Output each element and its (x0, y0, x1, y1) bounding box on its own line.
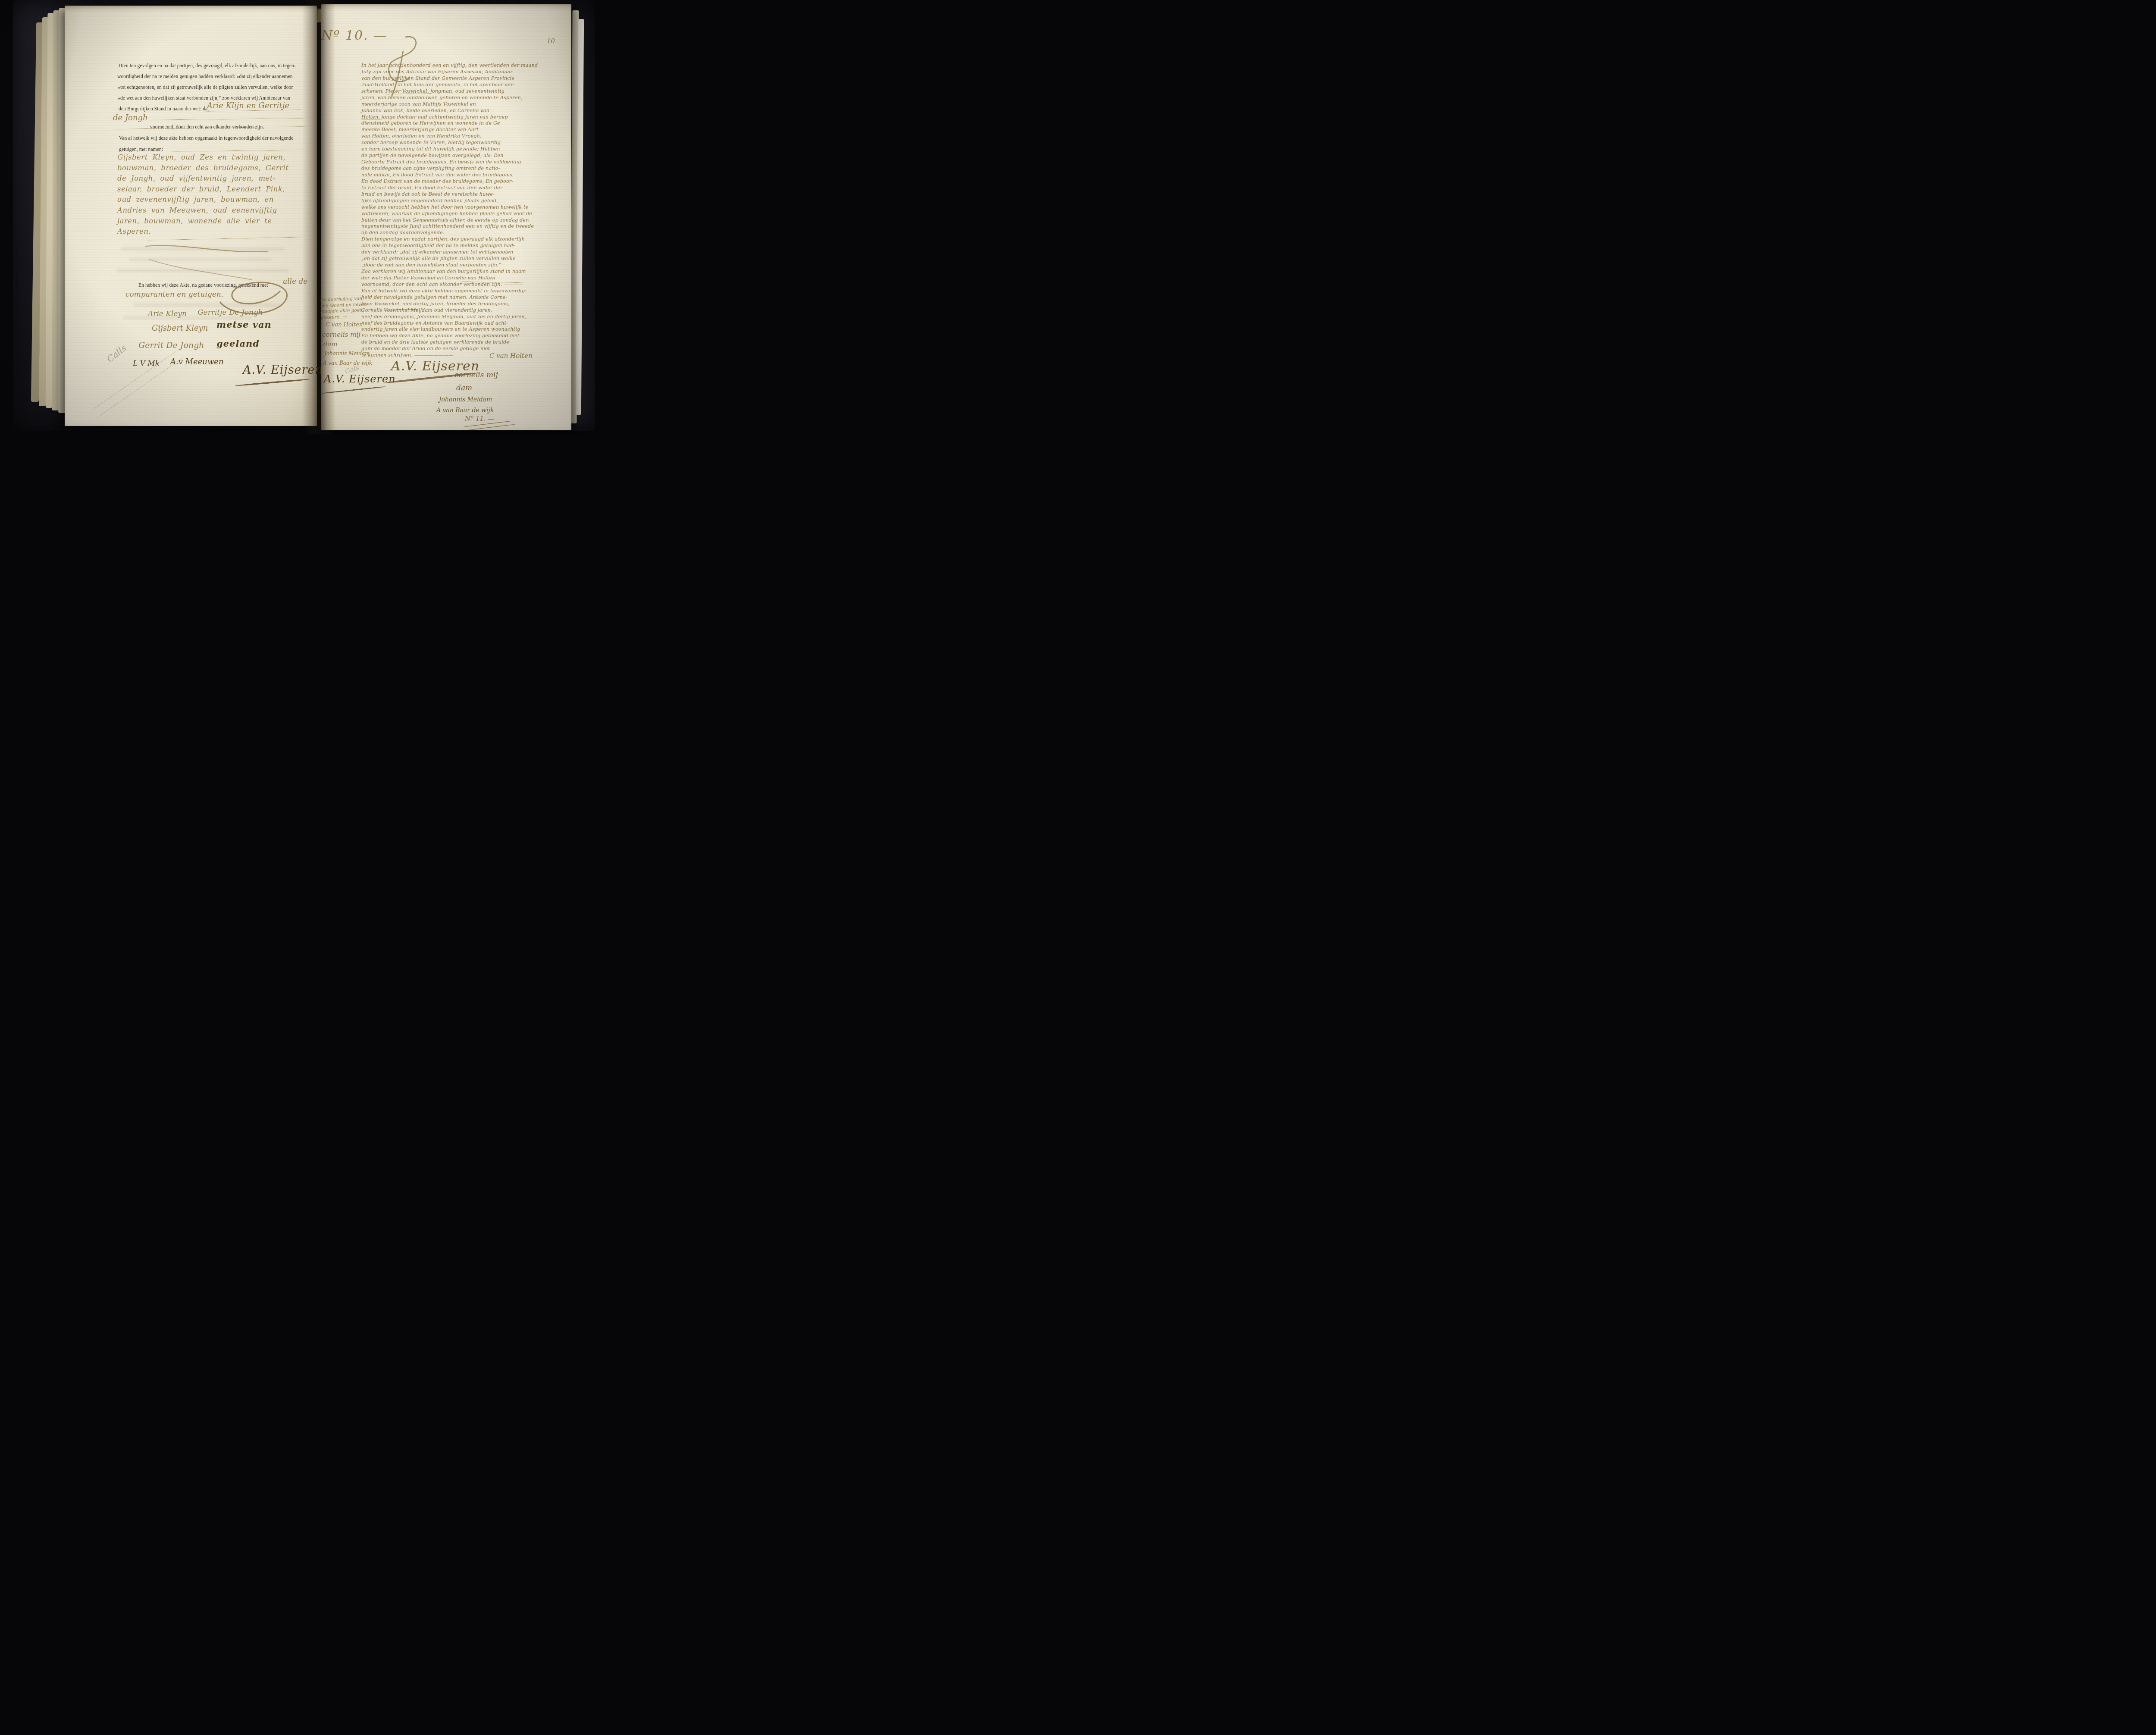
act-line: jaren, van beroep landbouwer, geboren en… (361, 95, 565, 101)
signature-dark-2: geeland (216, 338, 260, 349)
act-line: welke ons verzocht hebben het door hen v… (361, 204, 565, 211)
closing-handwritten: comparanten en getuigen. (125, 290, 223, 299)
act-line: buiten deur van het Gemeentehuis alhier,… (361, 217, 565, 224)
act-line: te Extract der bruid, En dood Extract va… (361, 185, 565, 191)
filled-in-names: de Jongh (113, 113, 148, 122)
signature-a-v-meeuwen: A.v Meeuwen (170, 357, 224, 366)
act-line: En dood Extract van de moeder des bruide… (361, 179, 565, 185)
signature-mark-lvmk: L V Mk (133, 359, 160, 368)
margin-note-line: gekeurd. — (321, 313, 364, 321)
act-line: In het jaar achttienhonderd een en vijft… (361, 63, 565, 69)
witness-paragraph: Gijsbert Kleyn, oud Zes en twintig jaren… (117, 152, 309, 237)
act-line: nale militie, En dood Extract van den va… (361, 172, 565, 179)
bottom-signature: dam (456, 382, 498, 395)
act-line: Cornelis Voswinkel Meijdam oud vierender… (361, 307, 565, 314)
act-line: voornoemd, door den echt aan elkander ve… (361, 282, 565, 288)
registry-book-scan: Dien ten gevolgen en na dat partijen, de… (0, 0, 595, 434)
act-line: den verklaard: „dat zij elkander aanneme… (361, 249, 565, 256)
act-line: endertig jaren alle vier landbouwers en … (361, 326, 565, 333)
act-line: gom de moeder der bruid en de eerste get… (361, 346, 565, 352)
act-line: Zoo verklaren wij Ambtenaar van den burg… (361, 269, 565, 275)
printed-line: getuigen, met namen: (119, 147, 163, 152)
act-line: Dien tengevolge en nadat partijen, des g… (361, 236, 565, 243)
margin-signature-official-eijseren: A.V. Eijseren (324, 373, 396, 385)
act-line: Johanna van Eck, beide overleden, en Cor… (361, 108, 565, 114)
filled-in-names: Arie Klijn en Gerritje (207, 101, 289, 110)
act-number: Nº 10. — (321, 28, 387, 43)
pencil-stroke (91, 349, 179, 411)
folio-number: 10 (547, 37, 555, 45)
printed-line: »de wet aan den huwelijken staat verbond… (118, 96, 290, 101)
signature-flourish (235, 378, 310, 386)
act-line: van den burgerlijken Stand der Gemeente … (361, 75, 565, 82)
margin-signature: cornelis mij (322, 330, 372, 339)
act-line: „door de wet aan den huwelijken staat ve… (361, 262, 565, 269)
witness-line: de Jongh, oud vijfentwintig jaren, met- (117, 173, 309, 184)
act-line: negenentwintigste Junij achttienhonderd … (361, 223, 565, 230)
act-line: heid der navolgende getuigen met namen: … (361, 294, 565, 301)
act-line: meente Beest, meerderjarige dochter van … (361, 127, 565, 133)
act-line: zonder beroep wonende te Vuren, hierbij … (361, 140, 565, 146)
act-line: van Holten, overleden en van Hendrika Vr… (361, 133, 565, 140)
act-line: der wet: dat Pieter Voswinkel en Corneli… (361, 275, 565, 282)
margin-signatures: C van Holtencornelis mijdamJohannis Meid… (322, 320, 372, 368)
act-line: Zuid-Holland, in het huis der gemeente, … (361, 82, 565, 88)
printed-line: voornoemd, door den echt aan elkander ve… (150, 125, 264, 130)
pencil-scribble: Calls (105, 343, 128, 364)
margin-approval-note: De doorhaling vanéén woord en neven-staa… (320, 296, 364, 320)
margin-signature: Johannis Meidam (324, 349, 372, 358)
witness-line: jaren, bouwman, wonende alle vier te (117, 216, 309, 227)
bottom-witness-signatures: cornelis mijdamJohannis MeidamA van Baar… (436, 369, 498, 416)
act-line: Van al hetwelk wij deze akte hebben opge… (361, 288, 565, 294)
witness-line: Gijsbert Kleyn, oud Zes en twintig jaren… (117, 152, 309, 163)
act-line: bruid en bewijs dat ook te Beest de vere… (361, 191, 565, 198)
margin-signature: dam (323, 339, 372, 349)
act-line: neef des bruidegoms en Antonie van Baard… (361, 320, 565, 327)
signature-gijsbert-kleyn: Gijsbert Kleyn (152, 324, 208, 333)
witness-line: oud zevenenvijftig jaren, bouwman, en (117, 194, 309, 205)
signature-gerrit-de-jongh: Gerrit De Jongh (138, 341, 204, 350)
bottom-signature: cornelis mij (454, 369, 498, 382)
signature-dark-1: metse van (216, 319, 272, 330)
act-line: de bruid en de drie laatste getuigen ver… (361, 339, 565, 346)
ink-rule (147, 237, 306, 241)
witness-line: Asperen. (117, 226, 309, 237)
signature-c-van-holten-inline: C van Holten (489, 352, 533, 360)
signature-gerritje-de-jongh: Gerritje De Jongh (197, 308, 263, 317)
left-page: Dien ten gevolgen en na dat partijen, de… (65, 6, 317, 426)
act-line: en hare toestemming tot dit huwelijk gev… (361, 146, 565, 153)
name-underline (390, 280, 439, 280)
act-line: En hebben wij deze Akte, na gedane voorl… (361, 333, 565, 339)
act-line: aan ons in tegenwoordigheid der na te me… (361, 243, 565, 249)
printed-line: Dien ten gevolgen en na dat partijen, de… (119, 63, 296, 69)
signature-official-eijseren: A.V. Eijseren (243, 363, 323, 377)
act-line: te kunnen schrijven. ———————— (361, 352, 565, 359)
printed-line: Van al hetwelk wij deze akte hebben opge… (119, 136, 293, 141)
witness-line: bouwman, broeder des bruidegoms, Gerrit (117, 163, 309, 174)
act-line: lijks afkondigingen ongehinderd hebben p… (361, 198, 565, 204)
act-line: meerderjarige zoon van Mathijs Voswinkel… (361, 101, 565, 108)
act-line: Geboorte Extract des bruidegoms, En bewi… (361, 159, 565, 166)
margin-signature: C van Holten (326, 320, 372, 330)
ink-rule (172, 150, 305, 152)
witness-line: Andries van Meeuwen, oud eenenvijftig (117, 205, 309, 216)
ink-rule (116, 130, 146, 130)
bottom-signature: Johannis Meidam (439, 395, 498, 405)
name-underline (361, 119, 381, 119)
act-line: dienstmeid geboren te Herwijnen en wonen… (361, 120, 565, 127)
witness-line: selaar, broeder der bruid, Leendert Pink… (117, 184, 309, 195)
right-page: Nº 10. — 10 In het jaar achttienhonderd … (321, 4, 571, 430)
printed-line: den Burgerlijken Stand in naam der wet: … (119, 106, 209, 112)
signature-arie-kleyn: Arie Kleyn (148, 310, 187, 318)
act-line: neef des bruidegoms, Johannes Meijdam, o… (361, 314, 565, 320)
act-line: „en dat zij getrouwelijk alle de pligten… (361, 256, 565, 262)
act-line: de partijen de navolgende bewijzen overg… (361, 153, 565, 159)
ink-rule (140, 118, 304, 120)
act-line: July zijn voor ons Adriaan van Eijseren … (361, 69, 565, 75)
printed-line: woordigheid der na te melden getuigen ha… (117, 74, 293, 79)
act-line: lisse Voswinkel, oud dertig jaren, broed… (361, 301, 565, 307)
printed-line: »tot echtgenooten, en dat zij getrouweli… (118, 85, 293, 90)
signature-flourish (321, 386, 385, 394)
act-line: op den zondag daaraanvolgende. ———————— (361, 230, 565, 236)
act-line: voltrekken, waarvan de afkondigingen heb… (361, 211, 565, 217)
act-line: des bruidegoms aan zijne verpligting omt… (361, 166, 565, 172)
next-act-number: Nº 11. — (465, 415, 495, 423)
act-body: In het jaar achttienhonderd een en vijft… (361, 63, 565, 359)
act-line: Holten, jonge dochter oud achtentwintig … (361, 114, 565, 121)
